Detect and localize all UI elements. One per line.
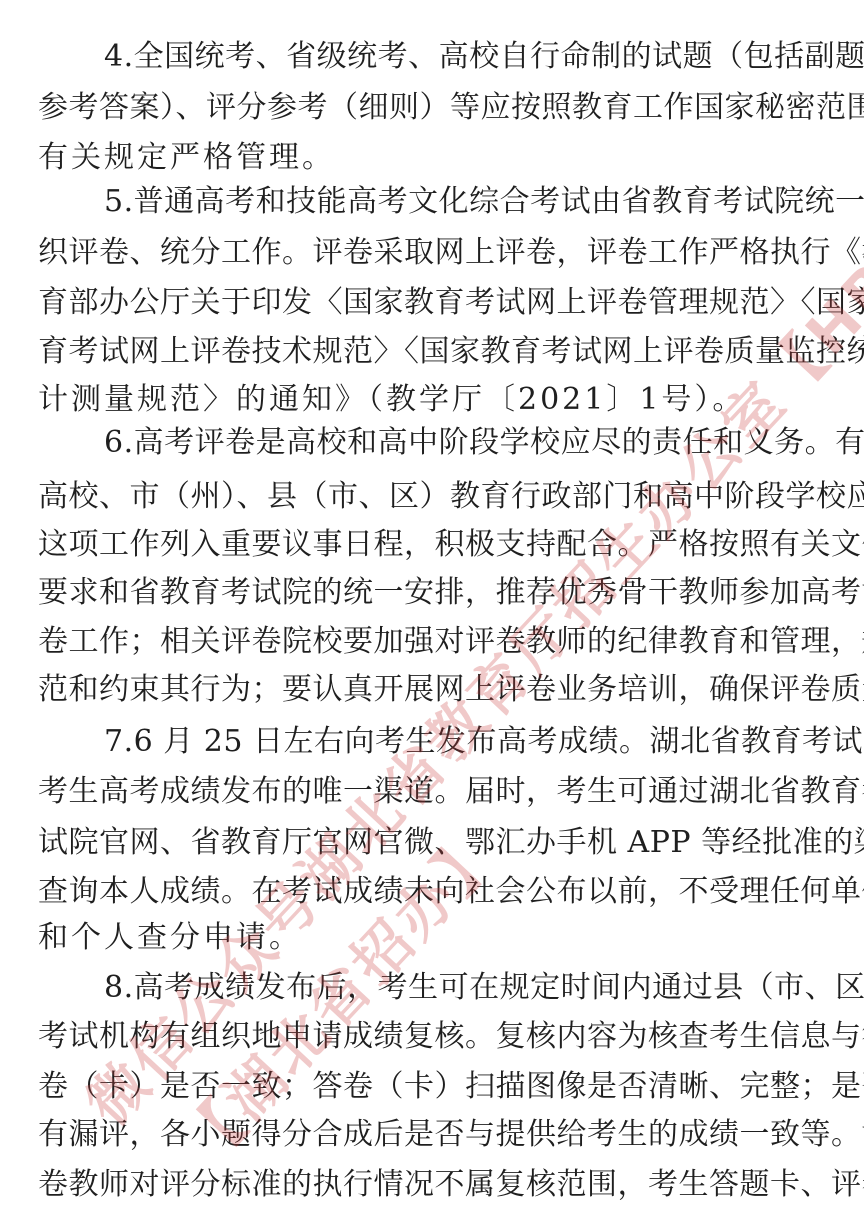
paragraph-5-line-1: 5.普通高考和技能高考文化综合考试由省教育考试院统一组: [104, 182, 836, 222]
paragraph-6-line-4: 要求和省教育考试院的统一安排，推荐优秀骨干教师参加高考评: [38, 573, 836, 613]
document-page: 4.全国统考、省级统考、高校自行命制的试题（包括副题、 参考答案）、评分参考（细…: [0, 0, 864, 1221]
paragraph-5-line-5: 计测量规范〉的通知》（教学厅〔2021〕1号）。: [38, 380, 836, 420]
paragraph-4-line-1: 4.全国统考、省级统考、高校自行命制的试题（包括副题、: [104, 37, 836, 77]
paragraph-6-line-6: 范和约束其行为；要认真开展网上评卷业务培训，确保评卷质量。: [38, 670, 836, 710]
paragraph-7-line-1: 7.6 月 25 日左右向考生发布高考成绩。湖北省教育考试院是: [104, 722, 836, 762]
paragraph-5-line-3: 育部办公厅关于印发〈国家教育考试网上评卷管理规范〉〈国家教: [38, 283, 836, 323]
paragraph-8-line-2: 考试机构有组织地申请成绩复核。复核内容为核查考生信息与答: [38, 1017, 836, 1057]
paragraph-8-line-4: 有漏评，各小题得分合成后是否与提供给考生的成绩一致等。评: [38, 1115, 836, 1155]
paragraph-4-line-2: 参考答案）、评分参考（细则）等应按照教育工作国家秘密范围的: [38, 88, 836, 128]
paragraph-5-line-2: 织评卷、统分工作。评卷采取网上评卷，评卷工作严格执行《教: [38, 233, 836, 273]
paragraph-8-line-1: 8.高考成绩发布后，考生可在规定时间内通过县（市、区）: [104, 968, 836, 1008]
paragraph-6-line-2: 高校、市（州）、县（市、区）教育行政部门和高中阶段学校应把: [38, 477, 836, 517]
paragraph-7-line-4: 查询本人成绩。在考试成绩未向社会公布以前，不受理任何单位: [38, 872, 836, 912]
paragraph-7-line-5: 和个人查分申请。: [38, 918, 836, 958]
paragraph-4-line-3: 有关规定严格管理。: [38, 138, 836, 178]
paragraph-5-line-4: 育考试网上评卷技术规范〉〈国家教育考试网上评卷质量监控统: [38, 332, 836, 372]
paragraph-6-line-1: 6.高考评卷是高校和高中阶段学校应尽的责任和义务。有关: [104, 423, 836, 463]
paragraph-8-line-3: 卷（卡）是否一致；答卷（卡）扫描图像是否清晰、完整；是否: [38, 1067, 836, 1107]
paragraph-7-line-3: 试院官网、省教育厅官网官微、鄂汇办手机 APP 等经批准的渠道: [38, 823, 836, 863]
paragraph-6-line-5: 卷工作；相关评卷院校要加强对评卷教师的纪律教育和管理，规: [38, 622, 836, 662]
paragraph-8-line-5: 卷教师对评分标准的执行情况不属复核范围，考生答题卡、评卷: [38, 1165, 836, 1205]
paragraph-6-line-3: 这项工作列入重要议事日程，积极支持配合。严格按照有关文件: [38, 525, 836, 565]
paragraph-7-line-2: 考生高考成绩发布的唯一渠道。届时，考生可通过湖北省教育考: [38, 772, 836, 812]
